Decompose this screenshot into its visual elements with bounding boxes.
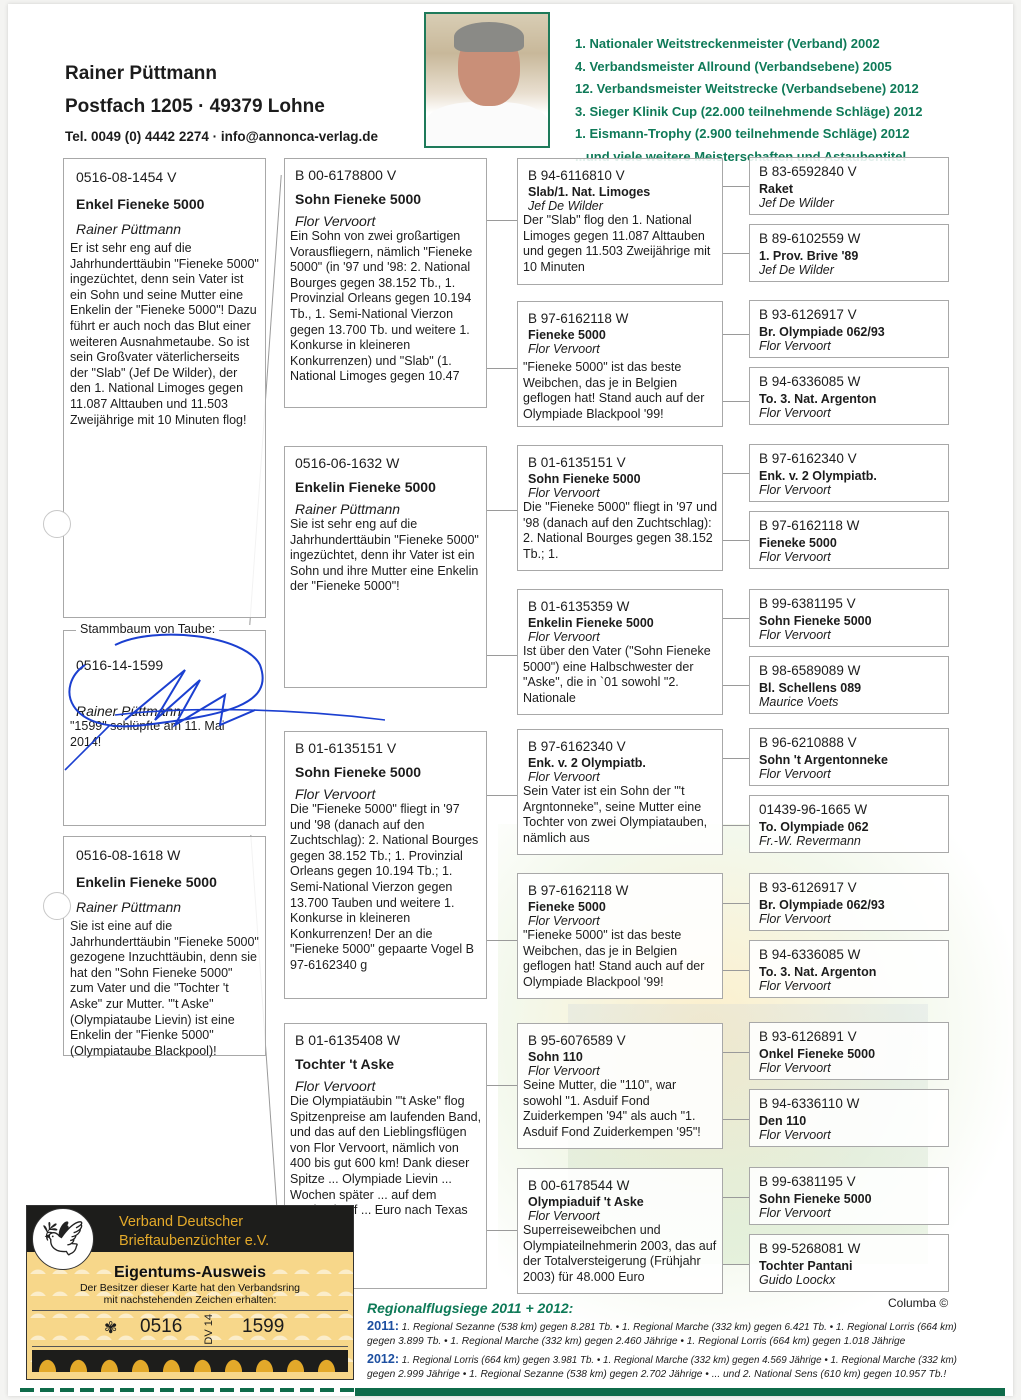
- breeder: Flor Vervoort: [750, 767, 948, 781]
- breeder: Flor Vervoort: [750, 339, 948, 353]
- pedigree-card-ancestor[interactable]: B 96-6210888 V Sohn 't Argentonneke Flor…: [749, 728, 949, 786]
- copyright: Columba ©: [888, 1296, 948, 1310]
- regional-text: 1. Regional Sezanne (538 km) gegen 8.281…: [402, 1322, 957, 1333]
- description: Seine Mutter, die "110", war sowohl "1. …: [518, 1078, 722, 1140]
- connector-line: [723, 1197, 749, 1198]
- connector-line: [723, 970, 749, 971]
- pigeon-name: Tochter Pantani: [750, 1256, 948, 1273]
- breeder: Flor Vervoort: [750, 979, 948, 993]
- description: Der "Slab" flog den 1. National Limoges …: [518, 213, 722, 275]
- pedigree-card-ancestor[interactable]: B 99-6381195 V Sohn Fieneke 5000 Flor Ve…: [749, 589, 949, 647]
- ring-number: B 99-6381195 V: [750, 590, 948, 611]
- ring-number: B 94-6336085 W: [750, 941, 948, 962]
- connector-line: [723, 1052, 749, 1053]
- pigeon-name: 1. Prov. Brive '89: [750, 246, 948, 263]
- ownership-card: 🕊 Verband Deutscher Brieftaubenzüchter e…: [26, 1205, 354, 1380]
- pigeon-name: Sohn Fieneke 5000: [285, 756, 486, 780]
- pigeon-name: Fieneke 5000: [750, 533, 948, 550]
- ring-number: B 83-6592840 V: [750, 158, 948, 179]
- pedigree-card-ancestor[interactable]: B 98-6589089 W Bl. Schellens 089 Maurice…: [749, 656, 949, 714]
- pigeon-name: Fieneke 5000: [518, 326, 722, 342]
- breeder: Rainer Püttmann: [64, 212, 265, 237]
- ring-number: B 00-6178544 W: [518, 1169, 722, 1193]
- connector-line: [723, 334, 749, 335]
- ring-number: B 01-6135151 V: [285, 732, 486, 756]
- ring-number: B 97-6162118 W: [750, 512, 948, 533]
- pigeon-name: Onkel Fieneke 5000: [750, 1044, 948, 1061]
- pigeon-name: Bl. Schellens 089: [750, 678, 948, 695]
- pigeon-name: To. Olympiade 062: [750, 817, 948, 834]
- pigeon-name: Sohn 110: [518, 1048, 722, 1064]
- regional-line: gegen 3.899 Tb. • 1. Regional Marche (33…: [367, 1336, 905, 1347]
- pedigree-card-ancestor[interactable]: B 93-6126891 V Onkel Fieneke 5000 Flor V…: [749, 1022, 949, 1080]
- achievement: 3. Sieger Klinik Cup (22.000 teilnehmend…: [575, 101, 923, 124]
- ring-number: B 97-6162340 V: [750, 445, 948, 466]
- breeder: Flor Vervoort: [750, 406, 948, 420]
- ring-number: B 94-6116810 V: [518, 159, 722, 183]
- ring-number: B 01-6135359 W: [518, 590, 722, 614]
- year-label: 2012:: [367, 1351, 399, 1366]
- pedigree-card-ancestor[interactable]: B 93-6126917 V Br. Olympiade 062/93 Flor…: [749, 873, 949, 931]
- breeder: Flor Vervoort: [750, 1128, 948, 1142]
- connector-line: [723, 186, 749, 187]
- breeder: Flor Vervoort: [518, 630, 722, 644]
- pedigree-card-great-grandparent[interactable]: B 01-6135151 V Sohn Fieneke 5000 Flor Ve…: [517, 445, 723, 571]
- ring-number: B 99-5268081 W: [750, 1235, 948, 1256]
- pedigree-card-grandparent[interactable]: B 00-6178800 V Sohn Fieneke 5000 Flor Ve…: [284, 158, 487, 408]
- pedigree-card-great-grandparent[interactable]: B 00-6178544 W Olympiaduif 't Aske Flor …: [517, 1168, 723, 1294]
- ring-number: B 94-6336110 W: [750, 1090, 948, 1111]
- breeder: Fr.-W. Revermann: [750, 834, 948, 848]
- pedigree-card-great-grandparent[interactable]: B 94-6116810 V Slab/1. Nat. Limoges Jef …: [517, 158, 723, 285]
- breeder: Flor Vervoort: [518, 1064, 722, 1078]
- regional-text: 1. Regional Lorris (664 km) gegen 3.981 …: [402, 1355, 957, 1366]
- card-text: Der Besitzer dieser Karte hat den Verban…: [27, 1283, 353, 1306]
- breeder-contact: Tel. 0049 (0) 4442 2274 · info@annonca-v…: [65, 129, 378, 144]
- breeder: Flor Vervoort: [750, 912, 948, 926]
- ring-number: B 89-6102559 W: [750, 225, 948, 246]
- pedigree-card-great-grandparent[interactable]: B 01-6135359 W Enkelin Fieneke 5000 Flor…: [517, 589, 723, 715]
- ring-number: B 97-6162118 W: [518, 874, 722, 898]
- pigeon-name: Br. Olympiade 062/93: [750, 322, 948, 339]
- breeder: Maurice Voets: [750, 695, 948, 709]
- pigeon-name: Enkel Fieneke 5000: [64, 185, 265, 212]
- description: Die "Fieneke 5000" fliegt in '97 und '98…: [285, 802, 486, 974]
- connector-line: [723, 540, 749, 541]
- pigeon-name: Enkelin Fieneke 5000: [518, 614, 722, 630]
- ring-number: B 94-6336085 W: [750, 368, 948, 389]
- ring-number: B 97-6162340 V: [518, 730, 722, 754]
- connector-line: [723, 401, 749, 402]
- connector-line: [723, 618, 749, 619]
- ring-number-row: ✾ 0516 DV 14 1599: [32, 1310, 348, 1347]
- regional-text: gegen 2.999 Jährige • 1. Regional Sezann…: [367, 1369, 946, 1380]
- achievement: 1. Eismann-Trophy (2.900 teilnehmende Sc…: [575, 123, 923, 146]
- connector-line: [487, 795, 517, 796]
- pigeon-icon: 🕊: [32, 1208, 94, 1270]
- breeder: Flor Vervoort: [750, 628, 948, 642]
- description: "Fieneke 5000" ist das beste Weibchen, d…: [518, 928, 722, 990]
- pigeon-name: Den 110: [750, 1111, 948, 1128]
- breeder: Rainer Püttmann: [64, 890, 265, 915]
- pigeon-name: Br. Olympiade 062/93: [750, 895, 948, 912]
- achievement: 4. Verbandsmeister Allround (Verbandsebe…: [575, 56, 923, 79]
- pedigree-card-ancestor[interactable]: B 94-6336085 W To. 3. Nat. Argenton Flor…: [749, 367, 949, 425]
- pedigree-card-ancestor[interactable]: B 99-5268081 W Tochter Pantani Guido Loo…: [749, 1234, 949, 1292]
- club-number: 0516: [140, 1316, 182, 1338]
- pedigree-card-ancestor[interactable]: 01439-96-1665 W To. Olympiade 062 Fr.-W.…: [749, 795, 949, 853]
- pigeon-name: To. 3. Nat. Argenton: [750, 962, 948, 979]
- pedigree-card-great-grandparent[interactable]: B 95-6076589 V Sohn 110 Flor Vervoort Se…: [517, 1023, 723, 1149]
- breeder: Jef De Wilder: [518, 199, 722, 213]
- card-band: [32, 1350, 348, 1372]
- connector-line: [723, 825, 749, 826]
- breeder: Flor Vervoort: [285, 1072, 486, 1094]
- breeder-name: Rainer Püttmann: [65, 63, 217, 85]
- ring-number: B 93-6126917 V: [750, 874, 948, 895]
- connector-line: [487, 940, 517, 941]
- ring-number: B 96-6210888 V: [750, 729, 948, 750]
- pedigree-card-ancestor[interactable]: B 94-6336085 W To. 3. Nat. Argenton Flor…: [749, 940, 949, 998]
- ring-number: B 99-6381195 V: [750, 1168, 948, 1189]
- pedigree-card-father[interactable]: 0516-08-1454 V Enkel Fieneke 5000 Rainer…: [63, 158, 266, 618]
- regional-text: gegen 3.899 Tb. • 1. Regional Marche (33…: [367, 1336, 905, 1347]
- description: Die Olympiatäubin "'t Aske" flog Spitzen…: [285, 1094, 486, 1219]
- pigeon-name: Enk. v. 2 Olympiatb.: [518, 754, 722, 770]
- pedigree-card-ancestor[interactable]: B 89-6102559 W 1. Prov. Brive '89 Jef De…: [749, 224, 949, 282]
- achievements-list: 1. Nationaler Weitstreckenmeister (Verba…: [575, 33, 923, 168]
- year-label: 2011:: [367, 1318, 399, 1333]
- footer-dashes: [20, 1388, 355, 1392]
- connector-line: [723, 758, 749, 759]
- pedigree-card-ancestor[interactable]: B 83-6592840 V Raket Jef De Wilder: [749, 157, 949, 215]
- org-line: Brieftaubenzüchter e.V.: [119, 1232, 269, 1251]
- pigeon-name: Sohn Fieneke 5000: [750, 611, 948, 628]
- ring-serial: 1599: [242, 1316, 284, 1338]
- breeder: Flor Vervoort: [518, 342, 722, 356]
- card-text-line: mit nachstehenden Zeichen erhalten:: [27, 1295, 353, 1307]
- org-line: Verband Deutscher: [119, 1213, 269, 1232]
- breeder: Jef De Wilder: [750, 196, 948, 210]
- eagle-emblem-icon: ✾: [104, 1318, 117, 1338]
- pedigree-card-ancestor[interactable]: B 94-6336110 W Den 110 Flor Vervoort: [749, 1089, 949, 1147]
- card-text-line: Der Besitzer dieser Karte hat den Verban…: [27, 1283, 353, 1295]
- connector-line: [487, 1230, 517, 1231]
- card-title: Eigentums-Ausweis: [27, 1264, 353, 1282]
- ring-number: 0516-08-1618 W: [64, 837, 265, 863]
- breeder-address: Postfach 1205 · 49379 Lohne: [65, 96, 325, 118]
- card-organization: Verband Deutscher Brieftaubenzüchter e.V…: [119, 1213, 269, 1251]
- pigeon-name: Sohn 't Argentonneke: [750, 750, 948, 767]
- ring-number: 01439-96-1665 W: [750, 796, 948, 817]
- ring-number: B 93-6126891 V: [750, 1023, 948, 1044]
- description: Er ist sehr eng auf die Jahrhunderttäubi…: [64, 237, 265, 428]
- ring-number: B 01-6135408 W: [285, 1024, 486, 1048]
- ring-number: B 93-6126917 V: [750, 301, 948, 322]
- pigeon-name: Slab/1. Nat. Limoges: [518, 183, 722, 199]
- regional-line: 2011: 1. Regional Sezanne (538 km) gegen…: [367, 1318, 957, 1333]
- connector-line: [723, 253, 749, 254]
- breeder: Flor Vervoort: [518, 914, 722, 928]
- connector-line: [487, 368, 517, 369]
- breeder: Flor Vervoort: [518, 1209, 722, 1223]
- pigeon-name: Sohn Fieneke 5000: [285, 183, 486, 207]
- regional-line: 2012: 1. Regional Lorris (664 km) gegen …: [367, 1351, 957, 1366]
- breeder: Guido Loockx: [750, 1273, 948, 1287]
- ring-number: B 98-6589089 W: [750, 657, 948, 678]
- pedigree-card-ancestor[interactable]: B 97-6162340 V Enk. v. 2 Olympiatb. Flor…: [749, 444, 949, 502]
- pedigree-card-ancestor[interactable]: B 93-6126917 V Br. Olympiade 062/93 Flor…: [749, 300, 949, 358]
- ring-number: 0516-06-1632 W: [285, 447, 486, 471]
- achievement: 1. Nationaler Weitstreckenmeister (Verba…: [575, 33, 923, 56]
- breeder: Flor Vervoort: [750, 1206, 948, 1220]
- footer-bar: [355, 1388, 1005, 1396]
- description: Superreiseweibchen und Olympiateilnehmer…: [518, 1223, 722, 1285]
- pedigree-card-grandparent[interactable]: B 01-6135151 V Sohn Fieneke 5000 Flor Ve…: [284, 731, 487, 999]
- ring-number: B 97-6162118 W: [518, 302, 722, 326]
- description: Sie ist sehr eng auf die Jahrhunderttäub…: [285, 517, 486, 595]
- breeder: Flor Vervoort: [285, 207, 486, 229]
- breeder-photo: [424, 12, 550, 148]
- connector-line: [723, 1119, 749, 1120]
- pigeon-name: Sohn Fieneke 5000: [750, 1189, 948, 1206]
- pedigree-card-ancestor[interactable]: B 99-6381195 V Sohn Fieneke 5000 Flor Ve…: [749, 1167, 949, 1225]
- connector-line: [723, 903, 749, 904]
- regional-line: gegen 2.999 Jährige • 1. Regional Sezann…: [367, 1369, 946, 1380]
- pigeon-name: Enkelin Fieneke 5000: [285, 471, 486, 495]
- description: Ist über den Vater ("Sohn Fieneke 5000")…: [518, 644, 722, 706]
- connector-line: [487, 220, 517, 221]
- pigeon-name: Enk. v. 2 Olympiatb.: [750, 466, 948, 483]
- punch-hole: [43, 510, 71, 538]
- ring-number: B 95-6076589 V: [518, 1024, 722, 1048]
- pigeon-name: Fieneke 5000: [518, 898, 722, 914]
- breeder: Flor Vervoort: [518, 770, 722, 784]
- description: Sein Vater ist ein Sohn der "'t Argntonn…: [518, 784, 722, 846]
- connector-line: [487, 510, 517, 511]
- connector-line: [487, 1085, 517, 1086]
- pedigree-card-great-grandparent[interactable]: B 97-6162118 W Fieneke 5000 Flor Vervoor…: [517, 873, 723, 999]
- dv-year: DV 14: [203, 1314, 215, 1345]
- pigeon-name: Raket: [750, 179, 948, 196]
- pigeon-name: To. 3. Nat. Argenton: [750, 389, 948, 406]
- breeder: Jef De Wilder: [750, 263, 948, 277]
- regional-title: Regionalflugsiege 2011 + 2012:: [367, 1300, 573, 1316]
- breeder: Rainer Püttmann: [285, 495, 486, 517]
- connector-line: [723, 685, 749, 686]
- description: Die "Fieneke 5000" fliegt in '97 und '98…: [518, 500, 722, 562]
- pedigree-card-grandparent[interactable]: 0516-06-1632 W Enkelin Fieneke 5000 Rain…: [284, 446, 487, 688]
- breeder: Flor Vervoort: [285, 780, 486, 802]
- ring-number: 0516-08-1454 V: [64, 159, 265, 185]
- description: Sie ist eine auf die Jahrhunderttäubin "…: [64, 915, 265, 1059]
- pedigree-card-great-grandparent[interactable]: B 97-6162340 V Enk. v. 2 Olympiatb. Flor…: [517, 729, 723, 855]
- connector-line: [723, 473, 749, 474]
- pigeon-name: Tochter 't Aske: [285, 1048, 486, 1072]
- ring-number: B 00-6178800 V: [285, 159, 486, 183]
- pedigree-card-mother[interactable]: 0516-08-1618 W Enkelin Fieneke 5000 Rain…: [63, 836, 266, 1056]
- description: "Fieneke 5000" ist das beste Weibchen, d…: [518, 356, 722, 422]
- connector-line: [487, 655, 517, 656]
- pigeon-name: Sohn Fieneke 5000: [518, 470, 722, 486]
- pigeon-name: Olympiaduif 't Aske: [518, 1193, 722, 1209]
- achievement: 12. Verbandsmeister Weitstrecke (Verband…: [575, 78, 923, 101]
- breeder: Flor Vervoort: [750, 483, 948, 497]
- punch-hole: [43, 892, 71, 920]
- breeder: Flor Vervoort: [518, 486, 722, 500]
- connector-line: [723, 1264, 749, 1265]
- ring-number: B 01-6135151 V: [518, 446, 722, 470]
- pigeon-name: Enkelin Fieneke 5000: [64, 863, 265, 890]
- breeder: Flor Vervoort: [750, 1061, 948, 1075]
- pedigree-card-great-grandparent[interactable]: B 97-6162118 W Fieneke 5000 Flor Vervoor…: [517, 301, 723, 427]
- pedigree-card-ancestor[interactable]: B 97-6162118 W Fieneke 5000 Flor Vervoor…: [749, 511, 949, 569]
- description: Ein Sohn von zwei großartigen Vorausflie…: [285, 229, 486, 385]
- breeder: Flor Vervoort: [750, 550, 948, 564]
